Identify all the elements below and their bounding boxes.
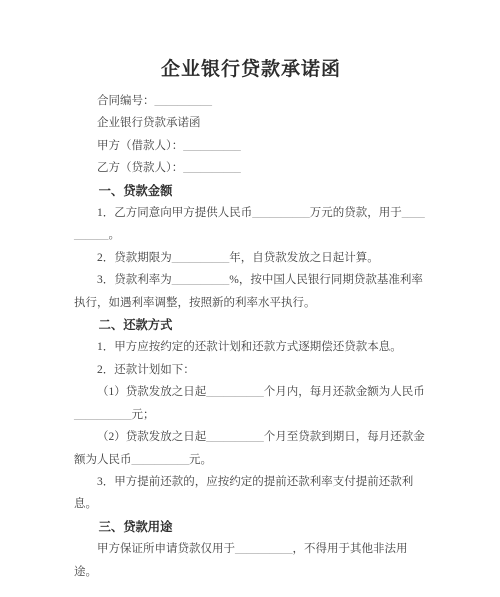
blank-underline: __________	[172, 274, 230, 286]
blank-underline: __________	[74, 409, 132, 421]
party-b-lender-line: 乙方（贷款人）：__________	[74, 157, 428, 179]
section-heading-loan-purpose: 三、贷款用途	[74, 516, 428, 538]
blank-underline: __________	[183, 140, 241, 152]
document-name-line: 企业银行贷款承诺函	[74, 112, 428, 134]
blank-underline: __________	[155, 95, 213, 107]
party-a-borrower-line: 甲方（借款人）：__________	[74, 135, 428, 157]
clause-loan-amount: 1．乙方同意向甲方提供人民币__________万元的贷款，用于________…	[74, 202, 428, 247]
blank-underline: __________	[252, 207, 310, 219]
blank-underline: __________	[172, 252, 230, 264]
blank-underline: __________	[206, 431, 264, 443]
clause-early-repayment: 3．甲方提前还款的，应按约定的提前还款利率支付提前还款利息。	[74, 471, 428, 516]
blank-underline: __________	[235, 543, 293, 555]
contract-number-line: 合同编号：__________	[74, 90, 428, 112]
section-heading-loan-amount: 一、贷款金额	[74, 180, 428, 202]
document-title: 企业银行贷款承诺函	[74, 57, 428, 82]
clause-loan-rate: 3．贷款利率为__________%，按中国人民银行同期贷款基准利率执行，如遇利…	[74, 269, 428, 314]
section-heading-repayment-method: 二、还款方式	[74, 314, 428, 336]
clause-repayment-plan-item-1: （1）贷款发放之日起__________个月内，每月还款金额为人民币______…	[74, 381, 428, 426]
document-page: 企业银行贷款承诺函 合同编号：__________ 企业银行贷款承诺函 甲方（借…	[0, 0, 500, 597]
clause-repayment-plan-item-2: （2）贷款发放之日起__________个月至贷款到期日，每月还款金额为人民币_…	[74, 426, 428, 471]
clause-loan-term: 2．贷款期限为__________年，自贷款发放之日起计算。	[74, 247, 428, 269]
clause-repayment-plan-intro: 2．还款计划如下：	[74, 359, 428, 381]
blank-underline: __________	[206, 386, 264, 398]
blank-underline: __________	[132, 454, 190, 466]
clause-repayment-obligation: 1．甲方应按约定的还款计划和还款方式逐期偿还贷款本息。	[74, 336, 428, 358]
blank-underline: __________	[74, 207, 425, 241]
clause-loan-purpose: 甲方保证所申请贷款仅用于__________，不得用于其他非法用途。	[74, 538, 428, 583]
blank-underline: __________	[183, 162, 241, 174]
